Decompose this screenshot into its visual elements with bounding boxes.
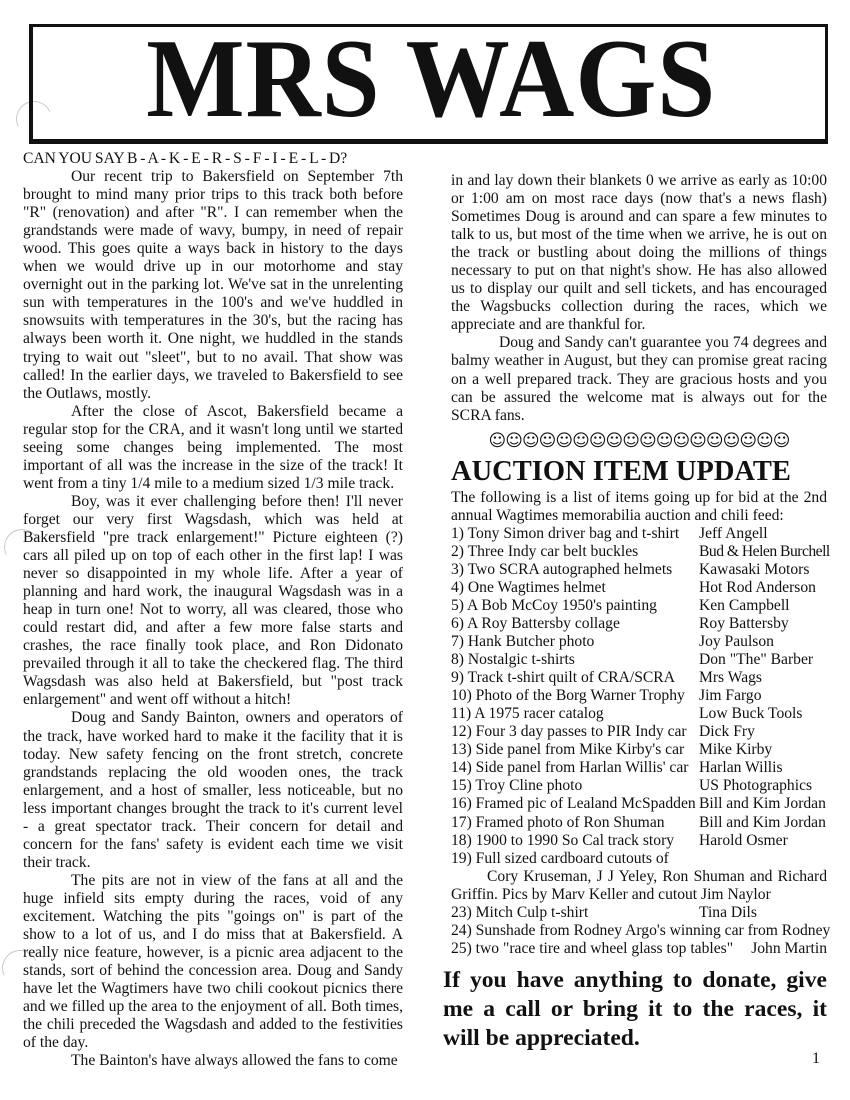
item-description: 5) A Bob McCoy 1950's painting bbox=[451, 597, 699, 615]
auction-item: 18) 1900 to 1990 So Cal track storyHarol… bbox=[451, 832, 827, 850]
page-number: 1 bbox=[812, 1050, 820, 1068]
auction-intro: The following is a list of items going u… bbox=[451, 489, 827, 525]
item-donor: Low Buck Tools bbox=[699, 705, 827, 723]
item-description: 6) A Roy Battersby collage bbox=[451, 615, 699, 633]
auction-item: 2) Three Indy car belt bucklesBud & Hele… bbox=[451, 543, 827, 561]
newsletter-title: MRS WAGS bbox=[63, 19, 800, 139]
item-description: 10) Photo of the Borg Warner Trophy bbox=[451, 687, 699, 705]
auction-item: 8) Nostalgic t-shirtsDon "The" Barber bbox=[451, 651, 827, 669]
auction-item: 17) Framed photo of Ron ShumanBill and K… bbox=[451, 814, 827, 832]
item-description: 15) Troy Cline photo bbox=[451, 777, 699, 795]
item-description: 23) Mitch Culp t-shirt bbox=[451, 904, 699, 922]
auction-item: 24) Sunshade from Rodney Argo's winning … bbox=[451, 922, 827, 940]
auction-item: 3) Two SCRA autographed helmetsKawasaki … bbox=[451, 561, 827, 579]
item-donor: John Martin bbox=[751, 940, 827, 958]
item-donor: Harlan Willis bbox=[699, 759, 827, 777]
item-donor: Bill and Kim Jordan bbox=[699, 814, 827, 832]
item-donor: Bill and Kim Jordan bbox=[699, 795, 827, 813]
article-paragraph: After the close of Ascot, Bakersfield be… bbox=[23, 403, 403, 493]
auction-item: 16) Framed pic of Lealand McSpaddenBill … bbox=[451, 795, 827, 813]
article-kicker: CAN YOU SAY B - A - K - E - R - S - F - … bbox=[23, 150, 403, 168]
item-description: 11) A 1975 racer catalog bbox=[451, 705, 699, 723]
item-donor: Mike Kirby bbox=[699, 741, 827, 759]
article-paragraph: Doug and Sandy can't guarantee you 74 de… bbox=[451, 334, 827, 424]
auction-section-title: AUCTION ITEM UPDATE bbox=[451, 457, 827, 487]
item-donor: Don "The" Barber bbox=[699, 651, 827, 669]
item-description: 14) Side panel from Harlan Willis' car bbox=[451, 759, 699, 777]
auction-item: 7) Hank Butcher photoJoy Paulson bbox=[451, 633, 827, 651]
item-description: 24) Sunshade from Rodney Argo's winning … bbox=[451, 922, 830, 940]
article-paragraph: The pits are not in view of the fans at … bbox=[23, 872, 403, 1052]
item-donor: Dick Fry bbox=[699, 723, 827, 741]
auction-item: 9) Track t-shirt quilt of CRA/SCRAMrs Wa… bbox=[451, 669, 827, 687]
smiley-face-icon-divider: ☺☺☺☺☺☺☺☺☺☺☺☺☺☺☺☺☺☺ bbox=[451, 431, 827, 451]
item-donor: Jeff Angell bbox=[699, 525, 827, 543]
item-description: 2) Three Indy car belt buckles bbox=[451, 543, 699, 561]
article-paragraph: Our recent trip to Bakersfield on Septem… bbox=[23, 168, 403, 403]
auction-item: 15) Troy Cline photoUS Photographics bbox=[451, 777, 827, 795]
item-description: 4) One Wagtimes helmet bbox=[451, 579, 699, 597]
item-description: 13) Side panel from Mike Kirby's car bbox=[451, 741, 699, 759]
item-donor: Kawasaki Motors bbox=[699, 561, 827, 579]
left-column-article: CAN YOU SAY B - A - K - E - R - S - F - … bbox=[23, 150, 403, 1070]
item-donor: Ken Campbell bbox=[699, 597, 827, 615]
item-donor: Bud & Helen Burchell bbox=[699, 543, 830, 561]
auction-item: 19) Full sized cardboard cutouts of bbox=[451, 850, 827, 868]
item-donor: Tina Dils bbox=[699, 904, 827, 922]
auction-item: 23) Mitch Culp t-shirtTina Dils bbox=[451, 904, 827, 922]
auction-item: 10) Photo of the Borg Warner TrophyJim F… bbox=[451, 687, 827, 705]
auction-item: 11) A 1975 racer catalogLow Buck Tools bbox=[451, 705, 827, 723]
item-donor: Harold Osmer bbox=[699, 832, 827, 850]
auction-item: 14) Side panel from Harlan Willis' carHa… bbox=[451, 759, 827, 777]
auction-item: 6) A Roy Battersby collageRoy Battersby bbox=[451, 615, 827, 633]
auction-item: 1) Tony Simon driver bag and t-shirtJeff… bbox=[451, 525, 827, 543]
item-donor: Jim Fargo bbox=[699, 687, 827, 705]
article-paragraph: The Bainton's have always allowed the fa… bbox=[23, 1052, 403, 1070]
item-description: 19) Full sized cardboard cutouts of bbox=[451, 850, 699, 868]
article-paragraph: in and lay down their blankets 0 we arri… bbox=[451, 172, 827, 334]
item-description: 17) Framed photo of Ron Shuman bbox=[451, 814, 699, 832]
masthead-box: MRS WAGS bbox=[29, 24, 828, 144]
item-donor: US Photographics bbox=[699, 777, 827, 795]
item-description: 25) two "race tire and wheel glass top t… bbox=[451, 940, 733, 958]
auction-item-list: 1) Tony Simon driver bag and t-shirtJeff… bbox=[451, 525, 827, 958]
item-donor: Joy Paulson bbox=[699, 633, 827, 651]
item-description: 3) Two SCRA autographed helmets bbox=[451, 561, 699, 579]
article-paragraph: Doug and Sandy Bainton, owners and opera… bbox=[23, 709, 403, 871]
item-description: 8) Nostalgic t-shirts bbox=[451, 651, 699, 669]
donation-call-to-action: If you have anything to donate, give me … bbox=[443, 966, 827, 1053]
auction-item: 25) two "race tire and wheel glass top t… bbox=[451, 940, 827, 958]
item-donor bbox=[699, 850, 827, 868]
article-paragraph: Boy, was it ever challenging before then… bbox=[23, 493, 403, 710]
auction-item: 12) Four 3 day passes to PIR Indy carDic… bbox=[451, 723, 827, 741]
item-description: 1) Tony Simon driver bag and t-shirt bbox=[451, 525, 699, 543]
item-donor: Roy Battersby bbox=[699, 615, 827, 633]
item-description: 18) 1900 to 1990 So Cal track story bbox=[451, 832, 699, 850]
item-description: 12) Four 3 day passes to PIR Indy car bbox=[451, 723, 699, 741]
item-donor: Mrs Wags bbox=[699, 669, 827, 687]
item-description: 16) Framed pic of Lealand McSpadden bbox=[451, 795, 699, 813]
auction-item: 5) A Bob McCoy 1950's paintingKen Campbe… bbox=[451, 597, 827, 615]
auction-item: 4) One Wagtimes helmetHot Rod Anderson bbox=[451, 579, 827, 597]
item-description: 9) Track t-shirt quilt of CRA/SCRA bbox=[451, 669, 699, 687]
item-donor: Hot Rod Anderson bbox=[699, 579, 827, 597]
auction-item: 13) Side panel from Mike Kirby's carMike… bbox=[451, 741, 827, 759]
right-column: in and lay down their blankets 0 we arri… bbox=[451, 172, 827, 1053]
item-description: 7) Hank Butcher photo bbox=[451, 633, 699, 651]
auction-item-continuation: Cory Kruseman, J J Yeley, Ron Shuman and… bbox=[451, 868, 827, 904]
